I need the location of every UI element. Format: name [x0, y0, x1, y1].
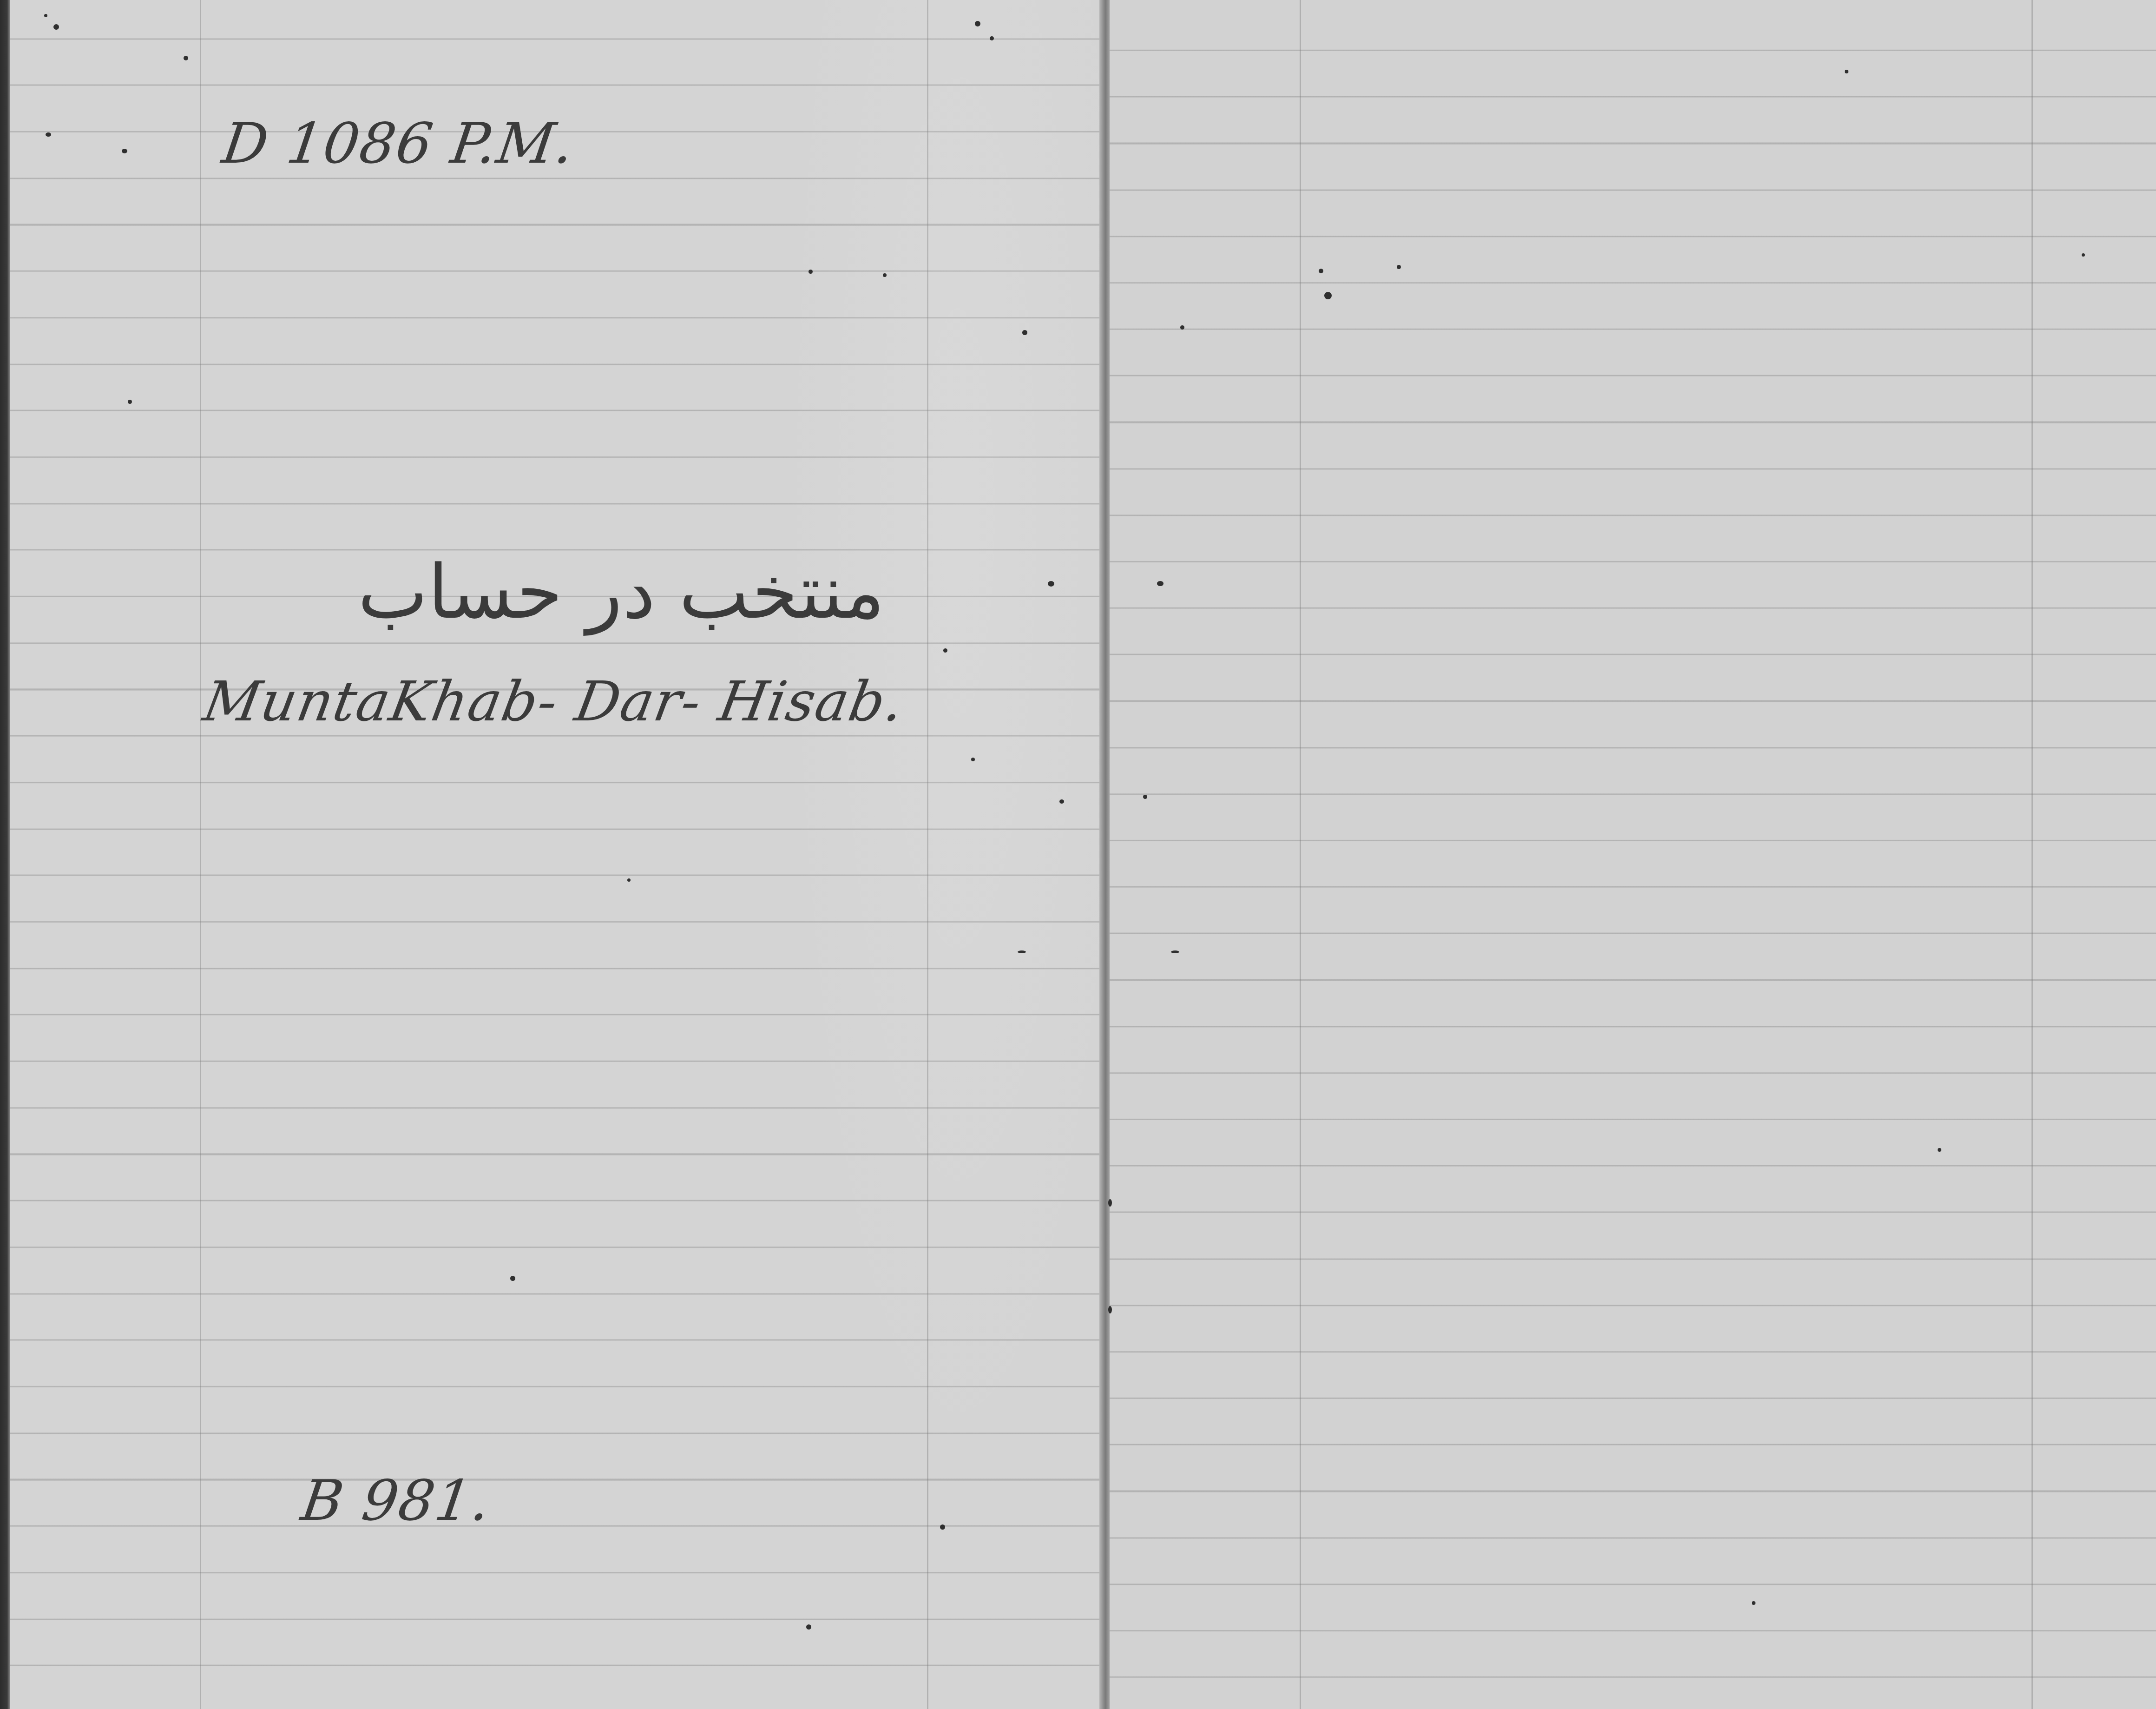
ink-speck	[883, 273, 887, 277]
ink-speck	[940, 1524, 945, 1530]
spine-gutter	[1099, 0, 1111, 1709]
ink-speck	[1938, 1148, 1941, 1152]
ink-speck	[2082, 253, 2085, 257]
scanned-notebook-spread: D 1086 P.M. منتخب در حساب MuntaKhab- Dar…	[0, 0, 2156, 1709]
shelfmark-label: D 1086 P.M.	[218, 112, 578, 176]
ink-speck	[1180, 325, 1184, 330]
ink-speck	[122, 149, 127, 153]
catalog-number: B 981.	[297, 1469, 495, 1533]
ink-speck	[1022, 330, 1027, 335]
ink-speck	[1397, 265, 1401, 269]
ink-speck	[53, 24, 59, 30]
right-page	[1110, 0, 2156, 1709]
ink-speck	[1752, 1601, 1755, 1605]
right-page-right-rule	[2031, 0, 2033, 1709]
left-margin-rule	[200, 0, 201, 1709]
ink-speck	[1048, 581, 1054, 587]
ink-speck	[1059, 799, 1064, 804]
ink-speck	[1845, 70, 1848, 73]
ink-speck	[184, 56, 188, 60]
ink-speck	[510, 1276, 515, 1281]
ink-speck	[46, 132, 51, 137]
left-page-right-rule	[927, 0, 928, 1709]
ink-speck	[1157, 581, 1163, 586]
left-page	[10, 0, 1101, 1709]
ink-speck	[44, 14, 47, 17]
ink-speck	[128, 400, 132, 404]
ink-speck	[806, 1624, 811, 1630]
ink-speck	[627, 878, 631, 882]
ink-speck	[990, 36, 994, 40]
ink-speck	[1324, 292, 1332, 299]
ink-speck	[1143, 795, 1147, 799]
ink-speck	[943, 648, 947, 653]
persian-title: منتخب در حساب	[358, 548, 885, 635]
spine-mark	[1108, 1199, 1112, 1207]
right-page-left-rule	[1300, 0, 1301, 1709]
ink-speck	[1171, 950, 1179, 953]
binding-edge	[0, 0, 10, 1709]
ink-speck	[1319, 269, 1323, 273]
spine-mark	[1108, 1306, 1112, 1313]
ink-speck	[975, 21, 980, 26]
ink-speck	[808, 270, 813, 274]
ink-speck	[1018, 950, 1026, 953]
transliterated-title: MuntaKhab- Dar- Hisab.	[199, 669, 910, 733]
ink-speck	[971, 758, 975, 761]
